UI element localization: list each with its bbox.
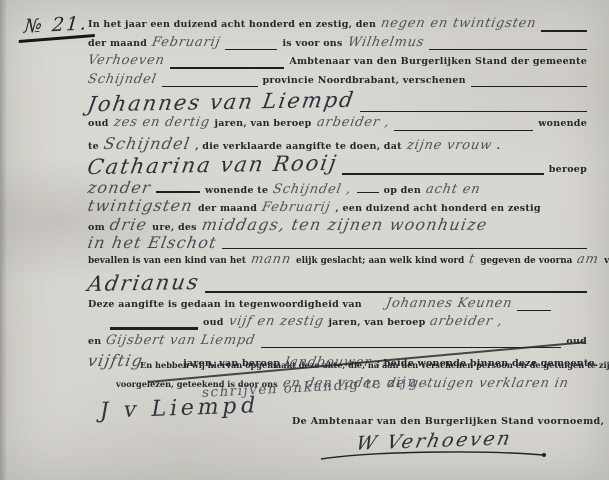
rule-line	[225, 49, 277, 50]
document-line: der maandFebruarijis voor onsWilhelmus	[88, 35, 587, 54]
document-line: zonderwonende teSchijndel ,op denacht en	[88, 178, 587, 197]
handwritten-text: zes en dertig	[112, 115, 211, 130]
handwritten-text: vijf en zestig	[227, 314, 324, 329]
document-line: teSchijndel, die verklaarde aangifte te …	[88, 134, 587, 153]
printed-text: ure, des	[152, 222, 197, 233]
handwritten-text: twintigsten	[86, 196, 194, 215]
handwritten-text: in het Elschot	[86, 233, 218, 252]
printed-text: is voor ons	[282, 38, 342, 49]
officer-caption: De Ambtenaar van den Burgerlijken Stand …	[292, 416, 604, 427]
handwritten-text: Catharina van Rooij	[86, 150, 340, 178]
declarant-signature: J v Liempd	[98, 393, 261, 424]
handwritten-text: Gijsbert van Liempd	[105, 333, 257, 348]
printed-text: oud	[88, 118, 109, 129]
document-line: Adrianus	[88, 271, 587, 296]
officer-signature-block: W Verhoeven	[318, 430, 550, 462]
rule-line	[517, 310, 551, 311]
printed-text: en	[88, 336, 101, 347]
handwritten-text: arbeider ,	[315, 115, 390, 130]
rule-line	[170, 67, 285, 68]
rule-line	[222, 248, 587, 249]
printed-text: Ambtenaar van den Burgerlijken Stand der…	[289, 56, 587, 67]
handwritten-text: negen en twintigsten	[380, 16, 538, 31]
printed-text: der maand	[198, 203, 257, 214]
rule-line	[471, 86, 587, 87]
handwritten-text: Verhoeven	[87, 53, 166, 68]
handwritten-text: Schijndel	[87, 72, 158, 87]
officer-signature: W Verhoeven	[354, 427, 514, 454]
document-line: Deze aangifte is gedaan in tegenwoordigh…	[88, 296, 587, 315]
handwritten-text: Februarij	[151, 35, 222, 50]
printed-text: .	[497, 141, 501, 152]
document-line: VerhoevenAmbtenaar van den Burgerlijken …	[88, 53, 587, 72]
rule-line	[429, 49, 587, 50]
printed-text: beroep	[549, 164, 587, 175]
rule-line	[162, 86, 258, 87]
handwritten-text: zijne vrouw	[405, 138, 493, 153]
document-line: Catharina van Rooijberoep	[88, 153, 587, 178]
handwritten-text: Johannes van Liempd	[86, 88, 357, 117]
handwritten-text: Februarij	[261, 200, 332, 215]
rule-line	[342, 173, 543, 174]
handwritten-text: Wilhelmus	[346, 35, 425, 50]
handwritten-text: t	[468, 252, 477, 267]
rule-line	[541, 30, 587, 31]
rule-line	[360, 111, 587, 112]
printed-text: van	[604, 256, 609, 266]
printed-text: elijk geslacht; aan welk kind word	[296, 256, 464, 266]
printed-text: Deze aangifte is gedaan in tegenwoordigh…	[88, 299, 362, 310]
printed-text: jaren, van beroep	[215, 118, 312, 129]
printed-text: In het jaar een duizend acht honderd en …	[88, 19, 376, 30]
printed-text: wonende	[538, 118, 587, 129]
document-line: oudvijf en zestigjaren, van beroeparbeid…	[88, 314, 587, 333]
document-line: Johannes van Liempd	[88, 90, 587, 115]
handwritten-text: Adrianus	[86, 270, 202, 296]
rule-line	[156, 191, 200, 193]
printed-text: jaren, van beroep	[328, 317, 425, 328]
handwritten-text: Johannes Keunen	[385, 296, 514, 311]
printed-text: gegeven de voorna	[480, 256, 572, 266]
printed-text: te	[88, 141, 99, 152]
rule-line	[205, 291, 587, 292]
document-line: En hebben wij hiervan opgemaakt deze akt…	[88, 360, 587, 376]
handwritten-text: arbeider ,	[429, 314, 504, 329]
printed-text: provincie Noordbrabant, verschenen	[263, 75, 466, 86]
document-line: omdrieure, desmiddags, ten zijnen woonhu…	[88, 215, 587, 234]
printed-text: bevallen is van een kind van het	[88, 256, 246, 266]
printed-text: der maand	[88, 38, 147, 49]
printed-text: , een duizend acht honderd en zestig	[335, 203, 540, 214]
handwritten-text: zonder	[86, 178, 152, 197]
printed-text: , die verklaarde aangifte te doen, dat	[195, 141, 402, 152]
scanned-document-page: № 21. In het jaar een duizend acht honde…	[0, 0, 609, 480]
printed-text: wonende te	[205, 185, 268, 196]
handwritten-text: Schijndel	[102, 134, 192, 153]
document-line: bevallen is van een kind van hetmannelij…	[88, 252, 587, 271]
act-number: № 21.	[23, 12, 89, 37]
document-line: oudzes en dertigjaren, van beroeparbeide…	[88, 115, 587, 134]
document-line: in het Elschot	[88, 233, 587, 252]
printed-text: op den	[384, 185, 421, 196]
handwritten-text: mann	[250, 252, 293, 267]
rule-line	[357, 192, 379, 193]
document-line: twintigstender maandFebruarij, een duize…	[88, 196, 587, 215]
handwritten-text: middags, ten zijnen woonhuize	[200, 215, 489, 234]
handwritten-text: Schijndel ,	[272, 182, 353, 197]
rule-line	[394, 130, 533, 131]
handwritten-text: drie	[108, 215, 149, 234]
handwritten-text: am	[576, 252, 600, 267]
printed-text: oud	[203, 317, 224, 328]
document-body: In het jaar een duizend acht honderd en …	[88, 16, 587, 370]
printed-text: om	[88, 222, 105, 233]
document-line: In het jaar een duizend acht honderd en …	[88, 16, 587, 35]
handwritten-text: acht en	[425, 182, 482, 197]
rule-line	[110, 327, 198, 329]
